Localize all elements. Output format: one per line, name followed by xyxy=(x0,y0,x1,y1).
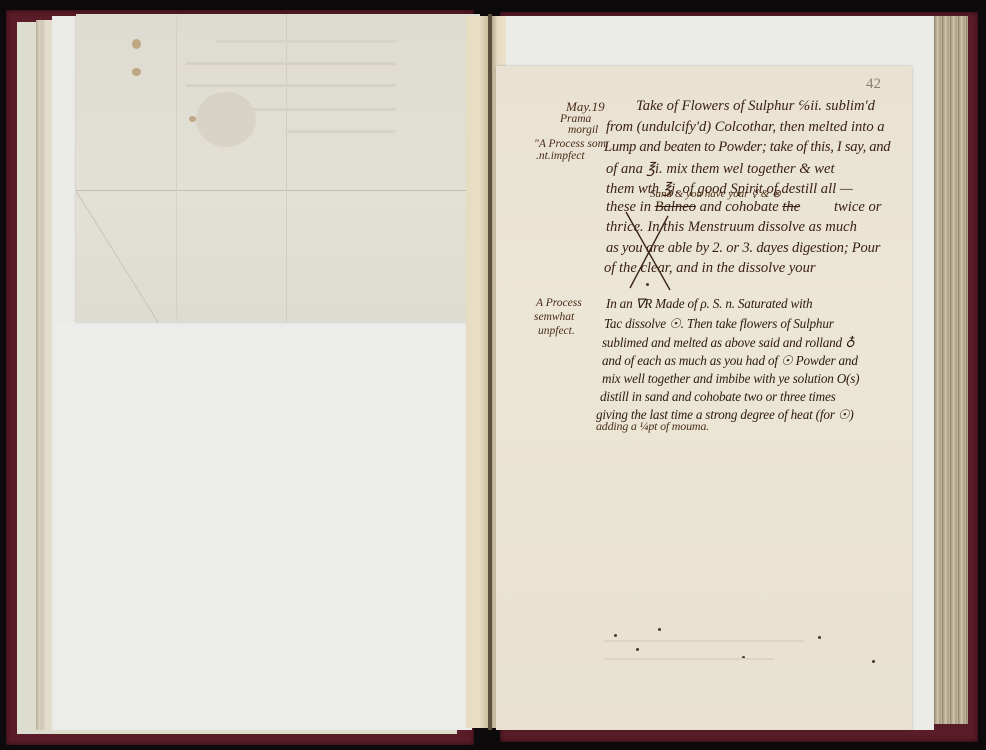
show-through-line xyxy=(604,640,804,642)
page-number: 42 xyxy=(866,76,881,93)
ink-speck xyxy=(636,648,639,651)
margin-note: semwhat xyxy=(534,311,574,323)
margin-note: "A Process som. xyxy=(534,138,609,150)
fold-line-vertical xyxy=(286,14,287,322)
ink-speck xyxy=(818,636,821,639)
ink-speck xyxy=(658,628,661,631)
ink-stain xyxy=(132,68,141,76)
show-through-line xyxy=(216,40,396,43)
text-line: Take of Flowers of Sulphur ℅ii. sublim'd xyxy=(636,98,875,115)
left-manuscript-leaf-verso xyxy=(76,14,480,322)
margin-note: .nt.impfect xyxy=(536,150,585,162)
margin-note: unpfect. xyxy=(538,325,575,337)
show-through-line xyxy=(186,84,396,87)
show-through-text xyxy=(590,600,890,670)
show-through-line xyxy=(604,658,774,660)
text-line: Lump and beaten to Powder; take of this,… xyxy=(604,139,890,156)
show-through-line xyxy=(286,130,396,133)
ink-stain xyxy=(189,116,196,122)
ink-speck xyxy=(872,660,875,663)
text-line: distill in sand and cohobate two or thre… xyxy=(600,389,836,405)
show-through-line xyxy=(186,62,396,65)
fold-line-vertical xyxy=(176,14,177,322)
left-blank-paper xyxy=(52,322,472,730)
ink-speck xyxy=(614,634,617,637)
margin-note: A Process xyxy=(536,297,582,309)
text-line: Tac dissolve ☉. Then take flowers of Sul… xyxy=(604,316,834,332)
struck-word: the xyxy=(782,199,800,215)
text-fragment: twice or xyxy=(834,199,881,216)
margin-note-date: May.19 xyxy=(566,101,605,113)
text-line: of ana ℥i. mix them wel together & wet xyxy=(606,160,835,178)
right-page-edges xyxy=(934,16,968,724)
text-line: sublimed and melted as above said and ro… xyxy=(602,335,855,351)
text-line: mix well together and imbibe with ye sol… xyxy=(602,371,859,387)
water-stain xyxy=(196,92,256,147)
text-line: In an ∇R Made of ρ. S. n. Saturated with xyxy=(606,296,812,312)
binding-stub-left xyxy=(466,16,488,728)
margin-note: morgil xyxy=(568,124,598,136)
text-line: and of each as much as you had of ☉ Powd… xyxy=(602,353,858,369)
fold-line-diagonal xyxy=(76,190,177,322)
fold-line-horizontal xyxy=(76,190,480,191)
text-fragment: and cohobate xyxy=(696,199,782,215)
deletion-cross-mark xyxy=(624,208,674,293)
text-line: from (undulcify'd) Colcothar, then melte… xyxy=(606,119,885,136)
show-through-line xyxy=(226,108,396,111)
ink-stain xyxy=(132,39,141,49)
text-line: adding a ¼pt of mouma. xyxy=(596,419,709,434)
ink-dot xyxy=(646,283,649,286)
